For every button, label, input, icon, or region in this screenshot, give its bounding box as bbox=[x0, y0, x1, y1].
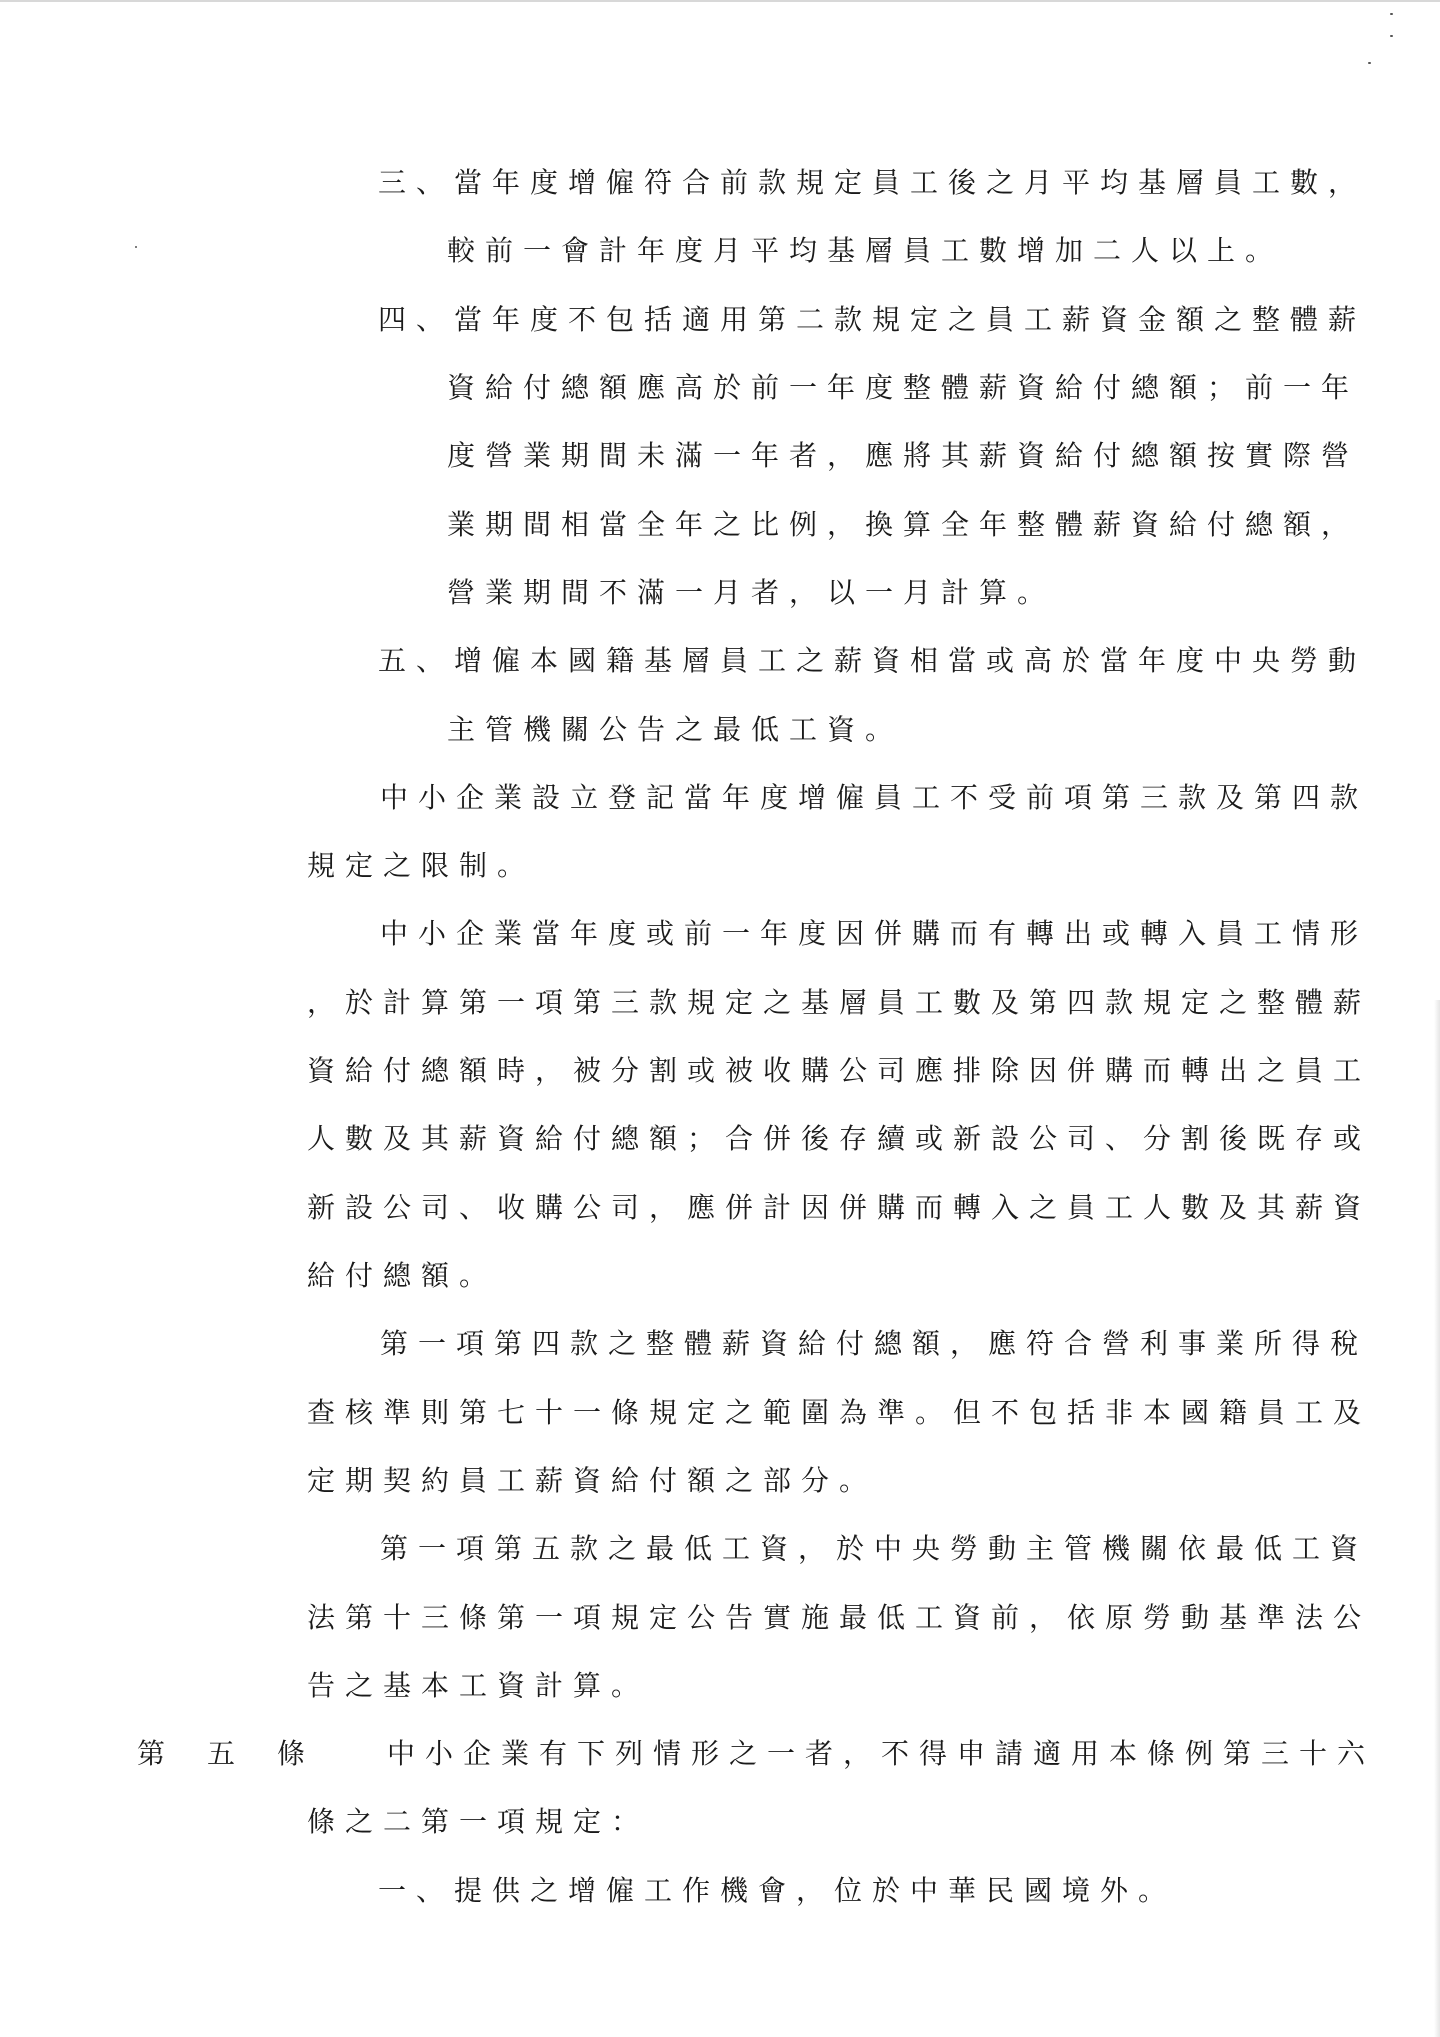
item-5-line-1: 五、增僱本國籍基層員工之薪資相當或高於當年度中央勞動 bbox=[378, 627, 1366, 695]
item-4-line-3: 度營業期間未滿一年者，應將其薪資給付總額按實際營 bbox=[447, 422, 1359, 490]
paragraph-3-line-1: 中小企業當年度或前一年度因併購而有轉出或轉入員工情形 bbox=[380, 900, 1368, 968]
article-label-char: 五 bbox=[207, 1720, 235, 1788]
paragraph-4-line-3: 定期契約員工薪資給付額之部分。 bbox=[307, 1447, 877, 1515]
scan-speck bbox=[1390, 35, 1393, 37]
scan-right-edge bbox=[1434, 1000, 1440, 2037]
article-label-char: 條 bbox=[277, 1720, 305, 1788]
article-5-label: 第 五 條 bbox=[137, 1720, 297, 1788]
item-4-line-2: 資給付總額應高於前一年度整體薪資給付總額；前一年 bbox=[447, 354, 1359, 422]
article-5-line-1: 中小企業有下列情形之一者，不得申請適用本條例第三十六 bbox=[387, 1720, 1375, 1788]
paragraph-3-line-2: ，於計算第一項第三款規定之基層員工數及第四款規定之整體薪 bbox=[307, 969, 1371, 1037]
article-label-char: 第 bbox=[137, 1720, 165, 1788]
paragraph-3-line-3: 資給付總額時，被分割或被收購公司應排除因併購而轉出之員工 bbox=[307, 1037, 1371, 1105]
paragraph-4-line-2: 查核準則第七十一條規定之範圍為準。但不包括非本國籍員工及 bbox=[307, 1379, 1371, 1447]
scan-speck bbox=[1368, 62, 1371, 64]
item-4-line-1: 四、當年度不包括適用第二款規定之員工薪資金額之整體薪 bbox=[378, 286, 1366, 354]
paragraph-3-line-4: 人數及其薪資給付總額；合併後存續或新設公司、分割後既存或 bbox=[307, 1105, 1371, 1173]
item-4-line-5: 營業期間不滿一月者，以一月計算。 bbox=[447, 559, 1055, 627]
scan-speck bbox=[135, 246, 137, 248]
item-3-line-2: 較前一會計年度月平均基層員工數增加二人以上。 bbox=[447, 217, 1283, 285]
item-5-line-2: 主管機關公告之最低工資。 bbox=[447, 696, 903, 764]
item-4-line-4: 業期間相當全年之比例，換算全年整體薪資給付總額， bbox=[447, 491, 1359, 559]
paragraph-5-line-1: 第一項第五款之最低工資，於中央勞動主管機關依最低工資 bbox=[380, 1515, 1368, 1583]
article-5-item-1: 一、提供之增僱工作機會，位於中華民國境外。 bbox=[378, 1857, 1176, 1925]
paragraph-3-line-5: 新設公司、收購公司，應併計因併購而轉入之員工人數及其薪資 bbox=[307, 1174, 1371, 1242]
paragraph-5-line-2: 法第十三條第一項規定公告實施最低工資前，依原勞動基準法公 bbox=[307, 1584, 1371, 1652]
scan-speck bbox=[1390, 13, 1393, 15]
paragraph-4-line-1: 第一項第四款之整體薪資給付總額，應符合營利事業所得稅 bbox=[380, 1310, 1368, 1378]
article-5-line-2: 條之二第一項規定： bbox=[307, 1788, 649, 1856]
paragraph-2-line-2: 規定之限制。 bbox=[307, 832, 535, 900]
paragraph-2-line-1: 中小企業設立登記當年度增僱員工不受前項第三款及第四款 bbox=[380, 764, 1368, 832]
paragraph-3-line-6: 給付總額。 bbox=[307, 1242, 497, 1310]
paragraph-5-line-3: 告之基本工資計算。 bbox=[307, 1652, 649, 1720]
scan-top-edge bbox=[0, 0, 1440, 2]
item-3-line-1: 三、當年度增僱符合前款規定員工後之月平均基層員工數， bbox=[378, 149, 1366, 217]
document-page: 三、當年度增僱符合前款規定員工後之月平均基層員工數， 較前一會計年度月平均基層員… bbox=[0, 0, 1440, 2037]
